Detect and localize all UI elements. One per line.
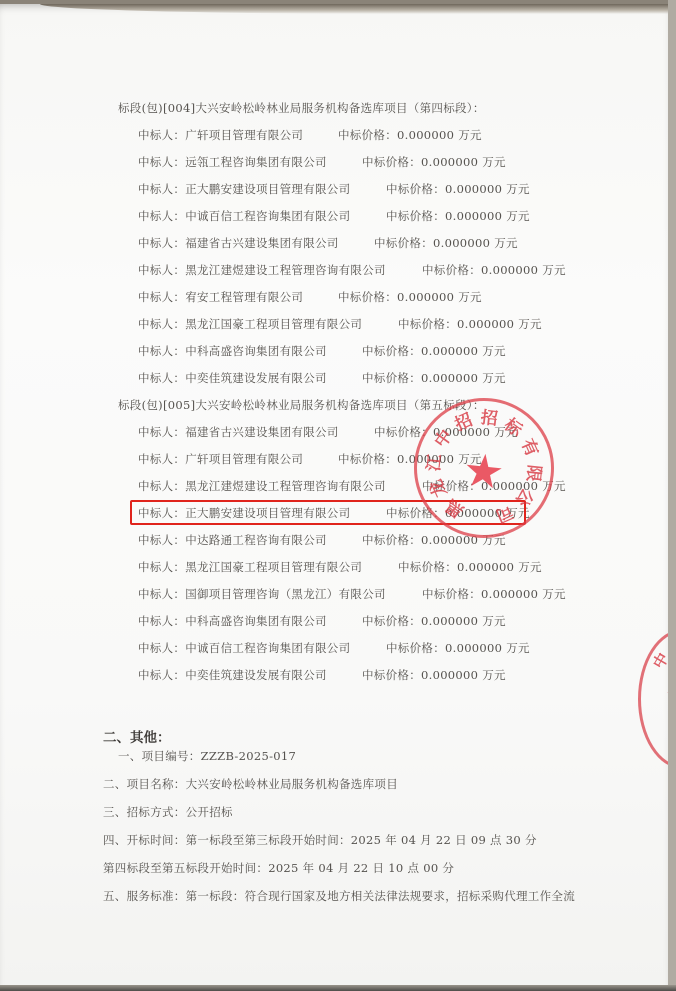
winner-name: 中标人：黑龙江国豪工程项目管理有限公司 [138, 560, 362, 574]
winner-row: 中标人：中科高盛咨询集团有限公司中标价格：0.000000 万元 [138, 613, 327, 629]
other-item: 四、开标时间：第一标段至第三标段开始时间：2025 年 04 月 22 日 09… [103, 832, 537, 848]
winner-name: 中标人：宥安工程管理有限公司 [138, 290, 303, 304]
winning-price: 中标价格：0.000000 万元 [362, 613, 506, 629]
winner-row: 中标人：中诚百信工程咨询集团有限公司中标价格：0.000000 万元 [138, 208, 350, 224]
winning-price: 中标价格：0.000000 万元 [422, 262, 566, 278]
page-edge-bottom [0, 985, 676, 991]
winner-name: 中标人：中诚百信工程咨询集团有限公司 [138, 641, 350, 655]
winner-row: 中标人：广轩项目管理有限公司中标价格：0.000000 万元 [138, 451, 303, 467]
winner-row: 中标人：黑龙江国豪工程项目管理有限公司中标价格：0.000000 万元 [138, 559, 362, 575]
winner-name: 中标人：黑龙江建煜建设工程管理咨询有限公司 [138, 479, 386, 493]
winning-price: 中标价格：0.000000 万元 [422, 586, 566, 602]
winning-price: 中标价格：0.000000 万元 [374, 235, 518, 251]
winner-row: 中标人：中达路通工程咨询有限公司中标价格：0.000000 万元 [138, 532, 327, 548]
winner-row: 中标人：福建省古兴建设集团有限公司中标价格：0.000000 万元 [138, 235, 339, 251]
document-page: 标段(包)[004]大兴安岭松岭林业局服务机构备选库项目（第四标段）：中标人：广… [0, 4, 668, 986]
other-item: 二、项目名称：大兴安岭松岭林业局服务机构备选库项目 [103, 776, 398, 792]
other-item: 第四标段至第五标段开始时间：2025 年 04 月 22 日 10 点 00 分 [103, 860, 454, 876]
winner-name: 中标人：广轩项目管理有限公司 [138, 128, 303, 142]
winner-name: 中标人：中诚百信工程咨询集团有限公司 [138, 209, 350, 223]
winner-name: 中标人：中科高盛咨询集团有限公司 [138, 344, 327, 358]
winning-price: 中标价格：0.000000 万元 [362, 154, 506, 170]
page-shadow [40, 4, 676, 14]
winner-name: 中标人：中奕佳筑建设发展有限公司 [138, 668, 327, 682]
winning-price: 中标价格：0.000000 万元 [338, 289, 482, 305]
winner-name: 中标人：福建省古兴建设集团有限公司 [138, 236, 339, 250]
winner-row: 中标人：正大鹏安建设项目管理有限公司中标价格：0.000000 万元 [138, 181, 350, 197]
winner-name: 中标人：广轩项目管理有限公司 [138, 452, 303, 466]
winner-row: 中标人：国御项目管理咨询（黑龙江）有限公司中标价格：0.000000 万元 [138, 586, 386, 602]
winning-price: 中标价格：0.000000 万元 [398, 316, 542, 332]
winner-name: 中标人：中达路通工程咨询有限公司 [138, 533, 327, 547]
winner-row: 中标人：远瓴工程咨询集团有限公司中标价格：0.000000 万元 [138, 154, 327, 170]
winning-price: 中标价格：0.000000 万元 [398, 559, 542, 575]
winner-name: 中标人：黑龙江国豪工程项目管理有限公司 [138, 317, 362, 331]
winner-row: 中标人：宥安工程管理有限公司中标价格：0.000000 万元 [138, 289, 303, 305]
winning-price: 中标价格：0.000000 万元 [338, 127, 482, 143]
winner-name: 中标人：黑龙江建煜建设工程管理咨询有限公司 [138, 263, 386, 277]
winner-row: 中标人：中科高盛咨询集团有限公司中标价格：0.000000 万元 [138, 343, 327, 359]
winning-price: 中标价格：0.000000 万元 [362, 667, 506, 683]
winner-row: 中标人：黑龙江国豪工程项目管理有限公司中标价格：0.000000 万元 [138, 316, 362, 332]
winner-row: 中标人：广轩项目管理有限公司中标价格：0.000000 万元 [138, 127, 303, 143]
section-other-title: 二、其他： [103, 726, 171, 746]
winning-price: 中标价格：0.000000 万元 [386, 640, 530, 656]
winning-price: 中标价格：0.000000 万元 [386, 208, 530, 224]
page-edge [668, 0, 676, 991]
other-item: 一、项目编号：ZZZB-2025-017 [118, 748, 296, 764]
winner-name: 中标人：正大鹏安建设项目管理有限公司 [138, 182, 350, 196]
winner-row: 中标人：黑龙江建煜建设工程管理咨询有限公司中标价格：0.000000 万元 [138, 478, 386, 494]
winning-price: 中标价格：0.000000 万元 [386, 181, 530, 197]
company-seal: 黑龙江中招招标有限公司 ★ [407, 391, 561, 545]
winning-price: 中标价格：0.000000 万元 [362, 343, 506, 359]
winner-name: 中标人：中奕佳筑建设发展有限公司 [138, 371, 327, 385]
winner-row: 中标人：福建省古兴建设集团有限公司中标价格：0.000000 万元 [138, 424, 339, 440]
winner-row: 中标人：黑龙江建煜建设工程管理咨询有限公司中标价格：0.000000 万元 [138, 262, 386, 278]
star-icon: ★ [461, 446, 507, 496]
winner-name: 中标人：国御项目管理咨询（黑龙江）有限公司 [138, 587, 386, 601]
winner-name: 中标人：中科高盛咨询集团有限公司 [138, 614, 327, 628]
other-item: 三、招标方式：公开招标 [103, 804, 233, 820]
winner-row: 中标人：中奕佳筑建设发展有限公司中标价格：0.000000 万元 [138, 370, 327, 386]
lot-heading: 标段(包)[004]大兴安岭松岭林业局服务机构备选库项目（第四标段）： [118, 100, 485, 116]
other-item: 五、服务标准：第一标段：符合现行国家及地方相关法律法规要求，招标采购代理工作全流 [103, 888, 575, 904]
winner-row: 中标人：中奕佳筑建设发展有限公司中标价格：0.000000 万元 [138, 667, 327, 683]
winner-row: 中标人：中诚百信工程咨询集团有限公司中标价格：0.000000 万元 [138, 640, 350, 656]
winner-name: 中标人：福建省古兴建设集团有限公司 [138, 425, 339, 439]
winning-price: 中标价格：0.000000 万元 [362, 370, 506, 386]
winner-name: 中标人：远瓴工程咨询集团有限公司 [138, 155, 327, 169]
